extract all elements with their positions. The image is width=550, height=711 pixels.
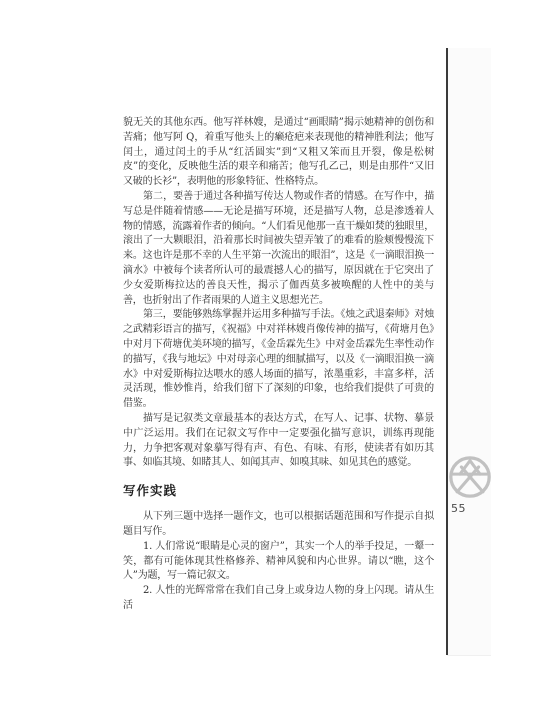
text-column: 貌无关的其他东西。他写祥林嫂，是通过“画眼睛”揭示她精神的创伤和苦痛；他写阿 Q… xyxy=(123,116,434,614)
practice-intro: 从下列三题中选择一题作文，也可以根据话题范围和写作提示自拟题目写作。 xyxy=(123,510,434,540)
section-heading-writing-practice: 写作实践 xyxy=(123,483,434,499)
page-edge-strip xyxy=(447,48,491,656)
page-number: 55 xyxy=(451,502,466,515)
practice-item-2: 2. 人性的光辉常常在我们自己身上或身边人物的身上闪现。请从生活 xyxy=(123,584,434,614)
body-paragraph-third-point: 第三，要能够熟练掌握并运用多种描写手法。《烛之武退秦师》对烛之武精彩语言的描写，… xyxy=(123,308,434,412)
page-margin-divider xyxy=(446,48,448,655)
body-paragraph-summary: 描写是记叙类文章最基本的表达方式，在写人、记事、状物、摹景中广泛运用。我们在记叙… xyxy=(123,412,434,471)
book-page: 貌无关的其他东西。他写祥林嫂，是通过“画眼睛”揭示她精神的创伤和苦痛；他写阿 Q… xyxy=(0,0,550,711)
wen-character-circle-logo-icon xyxy=(447,453,493,501)
practice-item-1: 1. 人们常说“眼睛是心灵的窗户”，其实一个人的举手投足，一颦一笑，都有可能体现… xyxy=(123,540,434,584)
body-paragraph-second-point: 第二，要善于通过各种描写传达人物或作者的情感。在写作中，描写总是伴随着情感——无… xyxy=(123,190,434,308)
body-paragraph-continuation: 貌无关的其他东西。他写祥林嫂，是通过“画眼睛”揭示她精神的创伤和苦痛；他写阿 Q… xyxy=(123,116,434,190)
